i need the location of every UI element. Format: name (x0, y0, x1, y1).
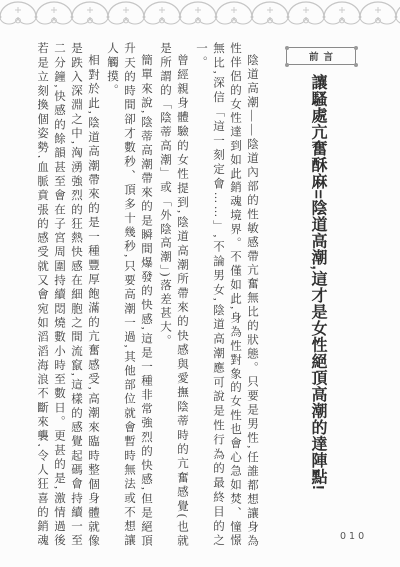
paragraph: 曾經親身體驗的女性提到,陰道高潮所帶來的快感與愛撫陰蒂時的亢奮感覺(也就是所謂的… (156, 42, 190, 548)
book-page: 前言 讓騷處亢奮酥麻=陰道高潮,這才是女性絕頂高潮的達陣點! 陰道高潮——陰道內… (0, 0, 400, 567)
page-number: 010 (340, 531, 367, 542)
paragraph: 陰道高潮——陰道內部的性敏感帶亢奮無比的狀態。只要是男性,任誰都想讓身為性伴侶的… (192, 42, 260, 548)
page-title: 讓騷處亢奮酥麻=陰道高潮,這才是女性絕頂高潮的達陣點! (306, 74, 329, 556)
chapter-badge: 前言 (286, 47, 356, 65)
chapter-badge-label: 前言 (309, 49, 338, 63)
lace-border-ornament (0, 0, 400, 28)
paragraph: 相對於此,陰道高潮帶來的是一種豐厚飽滿的亢奮感受,高潮來臨時整個身體就像是跌入深… (38, 42, 101, 548)
paragraph: 簡單來說,陰蒂高潮帶來的是瞬間爆發的快感,這是一種非常強烈的快感,但是絕頂升天的… (103, 42, 154, 548)
body-text: 陰道高潮——陰道內部的性敏感帶亢奮無比的狀態。只要是男性,任誰都想讓身為性伴侶的… (38, 42, 262, 548)
